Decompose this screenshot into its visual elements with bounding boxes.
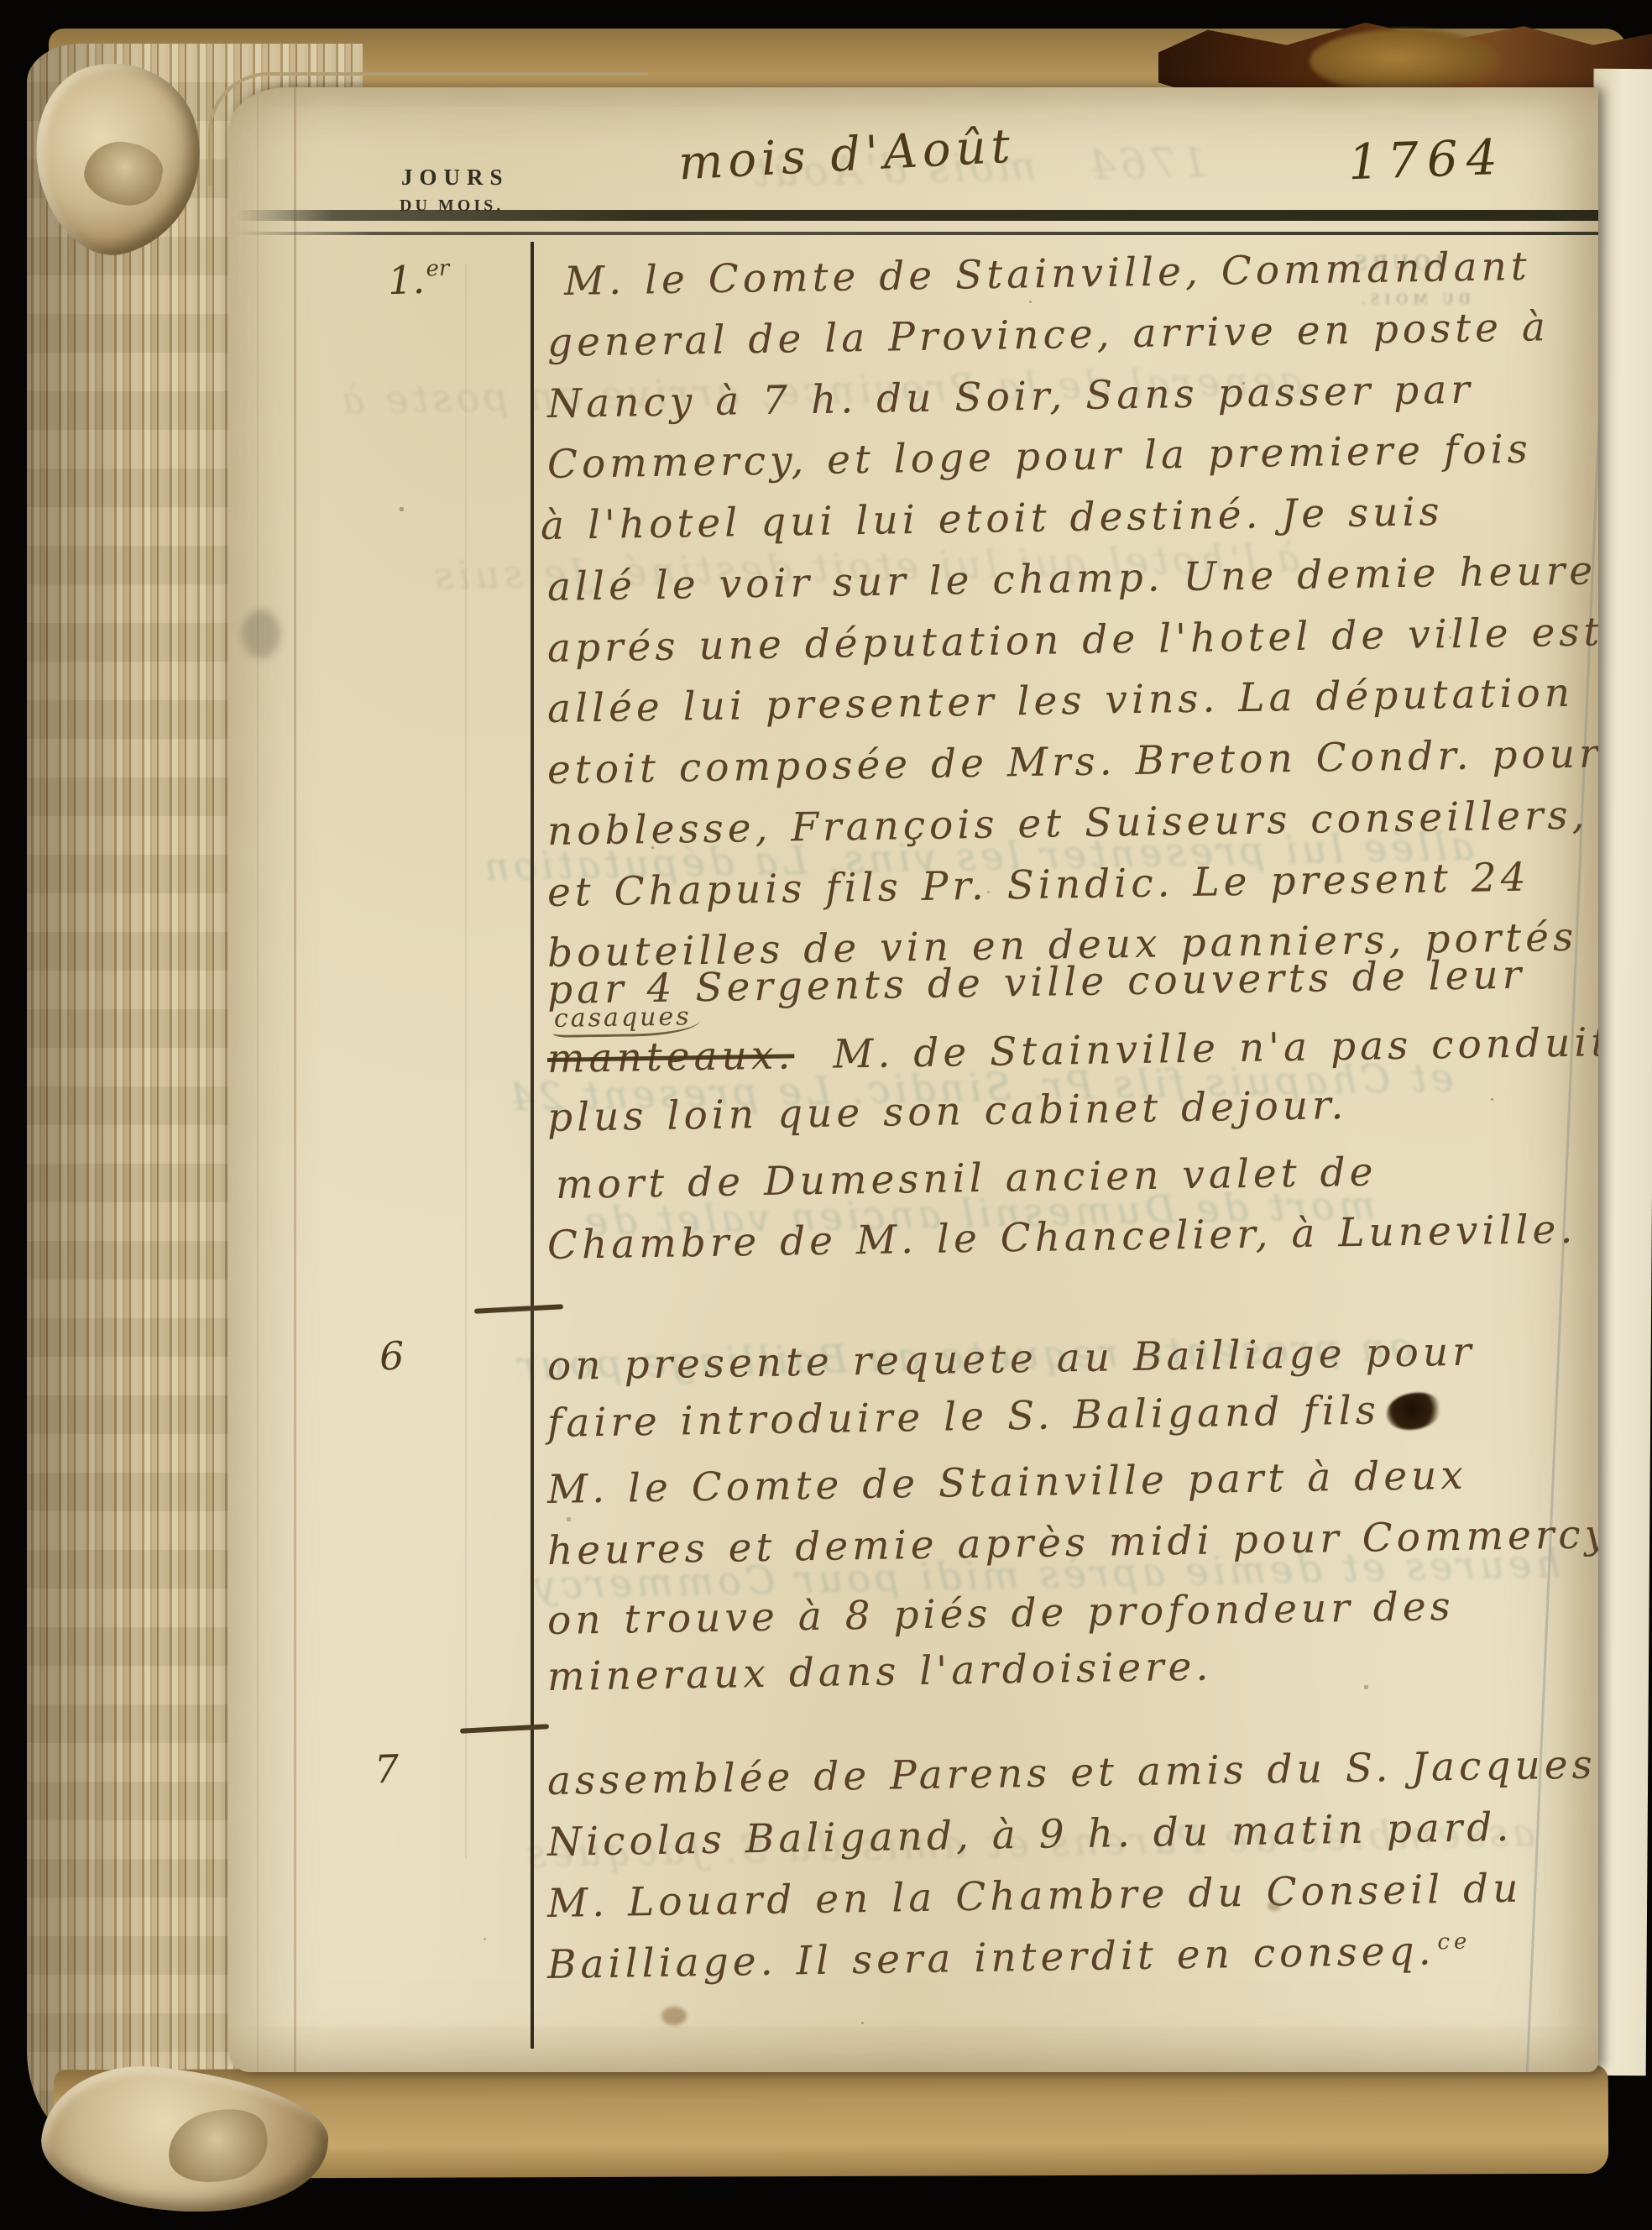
entry-line-text: Bailliage. Il sera interdit en conseq. (547, 1928, 1435, 1988)
entry-line: on presente requete au Bailliage pour (547, 1329, 1476, 1390)
entry-line: assemblée de Parens et amis du S. Jacque… (547, 1741, 1597, 1804)
entry-line: M. le Comte de Stainville part à deux (547, 1453, 1468, 1513)
day-column-rule (531, 242, 534, 2049)
entry-line: mineraux dans l'ardoisiere. (547, 1644, 1213, 1700)
right-margin-line (1525, 260, 1598, 2072)
year: 1764 (1347, 128, 1507, 191)
ink-blot (1387, 1392, 1443, 1430)
entry-line-text: faire introduire le S. Baligand fils (547, 1387, 1381, 1447)
day-number: 1.er (387, 256, 451, 304)
struck-word: manteaux. (547, 1032, 795, 1082)
stain-mark (661, 2007, 687, 2025)
day-number: 7 (374, 1746, 400, 1793)
stain-mark (1268, 1901, 1281, 1911)
manuscript-scan: JOURS DU MOIS. 1764 mois d'Août general … (0, 0, 1652, 2230)
journal-page: JOURS DU MOIS. 1764 mois d'Août general … (228, 87, 1598, 2072)
leaf-crease (294, 87, 296, 2072)
entry-line: etoit composée de Mrs. Breton Condr. pou… (547, 730, 1598, 793)
entry-separator-dash (460, 1724, 549, 1734)
superscript-abbreviation: ce (1437, 1929, 1471, 1955)
entry-line: faire introduire le S. Baligand fils (547, 1386, 1443, 1447)
interline-insertion: casaques (552, 1002, 700, 1038)
leather-worn-patch (1310, 29, 1503, 94)
smudge-mark (242, 610, 280, 658)
day-number-value: 1. (387, 257, 426, 303)
show-through-text: 1764 (1084, 138, 1208, 189)
header-rule-thin (235, 232, 1598, 235)
entry-line: Commercy, et loge pour la premiere fois (547, 427, 1533, 488)
paper-specks (228, 87, 229, 88)
entry-separator-dash (474, 1304, 563, 1314)
day-number-suffix: er (426, 256, 450, 282)
entry-line-text: M. de Stainville n'a pas conduit (833, 1019, 1598, 1078)
entry-line: general de la Province, arrive en poste … (547, 304, 1550, 366)
header-rule-thick (235, 210, 1598, 221)
leaf-crease (257, 87, 259, 2072)
entry-line: aprés une députation de l'hotel de ville… (547, 609, 1598, 672)
entry-line: allée lui presenter les vins. La députat… (547, 670, 1575, 732)
entry-line: M. Louard en la Chambre du Conseil du (547, 1866, 1523, 1927)
printed-header-jours: JOURS (401, 165, 510, 191)
day-column-faint-line (465, 264, 467, 1859)
entry-line: Bailliage. Il sera interdit en conseq.ce (547, 1928, 1472, 1988)
day-number: 6 (379, 1333, 405, 1379)
entry-line: à l'hotel qui lui etoit destiné. Je suis (541, 489, 1444, 549)
